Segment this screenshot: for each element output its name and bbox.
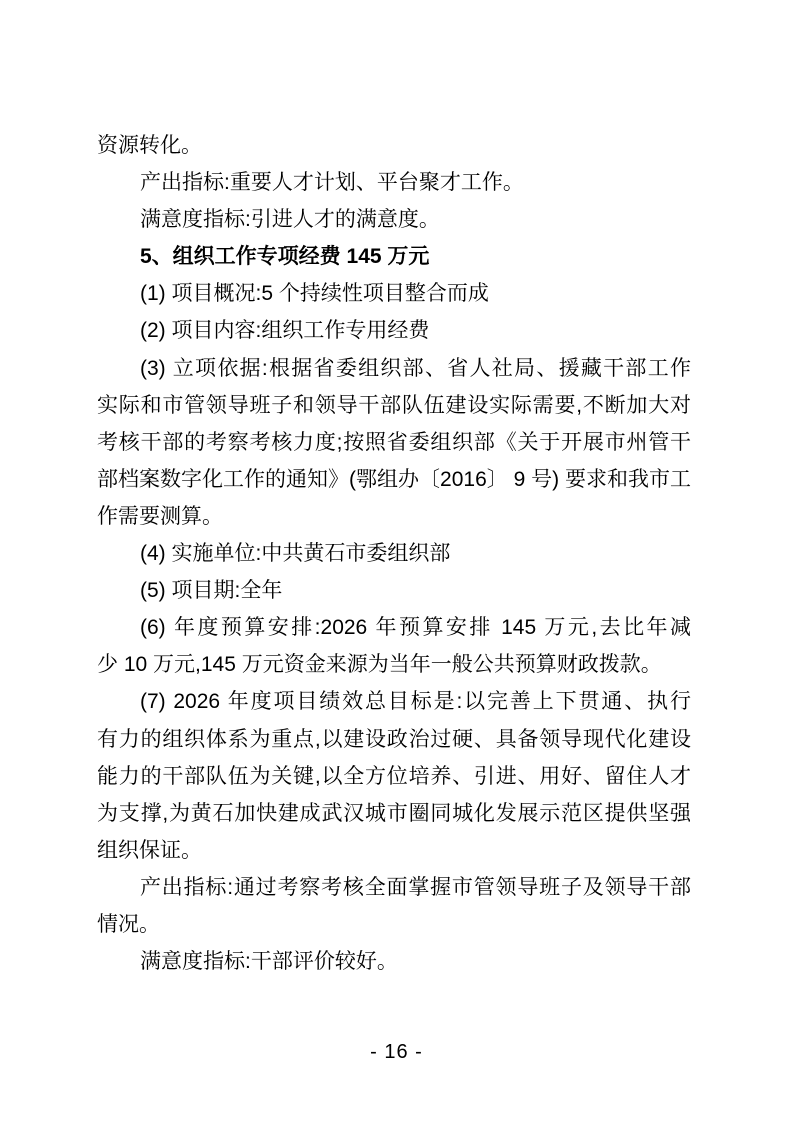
page-number: - 16 - xyxy=(370,1041,423,1063)
item-3-line: (3) 立项依据:根据省委组织部、省人社局、援藏干部工作 xyxy=(97,350,691,387)
doc-line: 考核干部的考察考核力度;按照省委组织部《关于开展市州管干 xyxy=(97,424,691,461)
doc-line: 资源转化。 xyxy=(97,127,691,164)
doc-line: 部档案数字化工作的通知》(鄂组办〔2016〕 9 号) 要求和我市工 xyxy=(97,461,691,498)
output-indicator-line: 产出指标:重要人才计划、平台聚才工作。 xyxy=(97,164,691,201)
document-body: 资源转化。 产出指标:重要人才计划、平台聚才工作。 满意度指标:引进人才的满意度… xyxy=(97,127,691,980)
doc-line: 少 10 万元,145 万元资金来源为当年一般公共预算财政拨款。 xyxy=(97,646,691,683)
item-5-line: (5) 项目期:全年 xyxy=(97,572,691,609)
document-page: 资源转化。 产出指标:重要人才计划、平台聚才工作。 满意度指标:引进人才的满意度… xyxy=(0,0,793,1121)
output-indicator-line-2: 产出指标:通过考察考核全面掌握市管领导班子及领导干部 xyxy=(97,869,691,906)
doc-line: 情况。 xyxy=(97,906,691,943)
item-7-line: (7) 2026 年度项目绩效总目标是:以完善上下贯通、执行 xyxy=(97,683,691,720)
item-4-line: (4) 实施单位:中共黄石市委组织部 xyxy=(97,535,691,572)
doc-line: 作需要测算。 xyxy=(97,498,691,535)
item-6-line: (6) 年度预算安排:2026 年预算安排 145 万元,去比年减 xyxy=(97,609,691,646)
doc-line: 实际和市管领导班子和领导干部队伍建设实际需要,不断加大对 xyxy=(97,387,691,424)
satisfaction-line: 满意度指标:引进人才的满意度。 xyxy=(97,201,691,238)
doc-line: 为支撑,为黄石加快建成武汉城市圈同城化发展示范区提供坚强 xyxy=(97,795,691,832)
doc-line: 组织保证。 xyxy=(97,832,691,869)
item-1-line: (1) 项目概况:5 个持续性项目整合而成 xyxy=(97,275,691,312)
item-2-line: (2) 项目内容:组织工作专用经费 xyxy=(97,312,691,349)
doc-line: 能力的干部队伍为关键,以全方位培养、引进、用好、留住人才 xyxy=(97,758,691,795)
satisfaction-line-2: 满意度指标:干部评价较好。 xyxy=(97,943,691,980)
section-heading: 5、组织工作专项经费 145 万元 xyxy=(97,238,691,275)
doc-line: 有力的组织体系为重点,以建设政治过硬、具备领导现代化建设 xyxy=(97,721,691,758)
page-footer: - 16 - xyxy=(0,1038,793,1066)
